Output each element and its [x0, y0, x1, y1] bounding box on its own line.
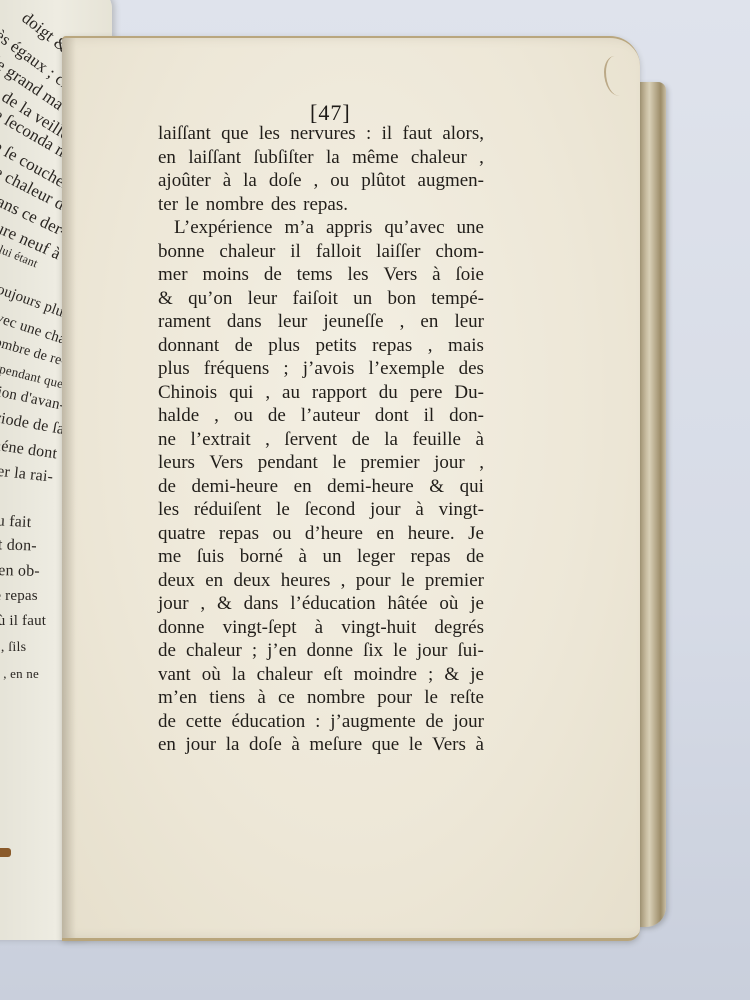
text-line: deuxendeuxheures,pourlepremier: [158, 569, 484, 593]
photo-scene: doigt & ; des rès égaux ; ch de grand ma…: [0, 0, 750, 1000]
text-line: bonnechaleurilfalloitlaiſſerchom-: [158, 240, 484, 264]
text-line: ramentdansleurjeuneſſe,enleur: [158, 310, 484, 334]
text-line: L’expériencem’aapprisqu’avecune: [158, 216, 484, 240]
gutter-shadow: [62, 38, 76, 938]
text-line: plusfréquens;j’avoisl’exempledes: [158, 357, 484, 381]
text-line: halde,oudel’auteurdontildon-: [158, 404, 484, 428]
text-line: donnevingt-ſeptàvingt-huitdegrés: [158, 616, 484, 640]
text-line: decetteéducation:j’augmentedejour: [158, 710, 484, 734]
left-text-fragment: , en ob-: [0, 562, 40, 581]
text-line: Chinoisqui,aurapportdupereDu-: [158, 381, 484, 405]
text-line: terlenombredesrepas.: [158, 193, 484, 217]
text-line: mermoinsdetemslesVersàſoie: [158, 263, 484, 287]
left-text-fragment: ner la rai-: [0, 462, 54, 487]
text-line: enlaiſſantſubſiſterlamêmechaleur,: [158, 146, 484, 170]
left-text-fragment: ſe , en ne: [0, 666, 39, 682]
text-line: quatrerepasoud’heureenheure.Je: [158, 522, 484, 546]
text-line: nel’extrait,ſerventdelafeuilleà: [158, 428, 484, 452]
text-line: meſuisbornéàunlegerrepasde: [158, 545, 484, 569]
left-text-fragment: ut don-: [0, 536, 37, 556]
text-line: lesréduiſentleſecondjouràvingt-: [158, 498, 484, 522]
text-line: ajoûteràladoſe,ouplûtotaugmen-: [158, 169, 484, 193]
text-line: leursVerspendantlepremierjour,: [158, 451, 484, 475]
text-line: enjourladoſeàmeſurequeleVersà: [158, 733, 484, 757]
left-text-fragment: u , ſils: [0, 640, 26, 656]
page-body-text: laiſſantquelesnervures:ilfautalors, enla…: [158, 122, 484, 757]
left-text-fragment: au fait: [0, 512, 32, 532]
left-text-fragment: le repas: [0, 588, 38, 605]
text-line: dedemi-heureendemi-heure&qui: [158, 475, 484, 499]
left-text-fragment: méne dont: [0, 436, 58, 463]
text-line: dechaleur;j’endonneſixlejourſui-: [158, 639, 484, 663]
paper-stain: [0, 848, 11, 857]
text-line: vantoùlachaleureſtmoindre;&je: [158, 663, 484, 687]
text-line: donnantdepluspetitsrepas,mais: [158, 334, 484, 358]
text-line: m’entiensàcenombrepourlereſte: [158, 686, 484, 710]
text-line: jour,&dansl’éducationhâtéeoùje: [158, 592, 484, 616]
text-line: laiſſantquelesnervures:ilfautalors,: [158, 122, 484, 146]
corner-stain: [604, 56, 630, 96]
left-text-fragment: où il faut: [0, 613, 46, 630]
text-line: &qu’onleurfaiſoitunbontempé-: [158, 287, 484, 311]
